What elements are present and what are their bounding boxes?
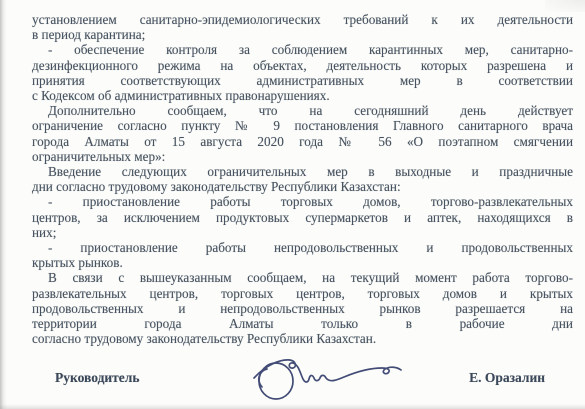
text-line: в период карантина; [32, 27, 573, 42]
scan-edge-bottom [0, 404, 585, 409]
document-footer: Руководитель Е. Оразалин [32, 370, 573, 386]
scanned-document-page: установлением санитарно-эпидемиологическ… [0, 0, 585, 409]
text-line: центров, за исключением продуктовых супе… [32, 210, 573, 225]
text-line: - приостановление работы непродовольстве… [32, 240, 573, 255]
scan-edge-left [0, 0, 7, 409]
paragraph: установлением санитарно-эпидемиологическ… [32, 12, 573, 42]
text-line: принятия соответствующих административны… [32, 73, 573, 88]
scan-edge-top-right [545, 0, 585, 12]
text-line: территории города Алматы только в рабочи… [32, 316, 573, 331]
text-line: - обеспечение контроля за соблюдением ка… [32, 42, 573, 57]
text-line: них; [32, 225, 573, 240]
text-line: - приостановление работы торговых домов,… [32, 194, 573, 209]
signer-name: Е. Оразалин [469, 370, 545, 386]
text-line: Введение следующих ограничительных мер в… [32, 164, 573, 179]
paragraph: Введение следующих ограничительных мер в… [32, 164, 573, 194]
text-line: развлекательных центров, торговых центро… [32, 286, 573, 301]
paragraph: В связи с вышеуказанным сообщаем, на тек… [32, 270, 573, 346]
text-line: дезинфекционного режима на объектах, дея… [32, 58, 573, 73]
text-line: Дополнительно сообщаем, что на сегодняшн… [32, 103, 573, 118]
text-line: согласно трудовому законодательству Респ… [32, 331, 573, 346]
text-line: продовольственных и непродовольственных … [32, 301, 573, 316]
paragraph: Дополнительно сообщаем, что на сегодняшн… [32, 103, 573, 164]
text-line: с Кодексом об административных правонару… [32, 88, 573, 103]
text-line: города Алматы от 15 августа 2020 года № … [32, 134, 573, 149]
paragraph: - приостановление работы непродовольстве… [32, 240, 573, 270]
text-line: В связи с вышеуказанным сообщаем, на тек… [32, 270, 573, 285]
paragraph: - приостановление работы торговых домов,… [32, 194, 573, 240]
text-line: крытых рынков. [32, 255, 573, 270]
text-line: ограничение согласно пункту № 9 постанов… [32, 118, 573, 133]
text-line: дни согласно трудовому законодательству … [32, 179, 573, 194]
text-line: ограничительных мер»: [32, 149, 573, 164]
document-body: установлением санитарно-эпидемиологическ… [32, 12, 573, 346]
paragraph: - обеспечение контроля за соблюдением ка… [32, 42, 573, 103]
text-line: установлением санитарно-эпидемиологическ… [32, 12, 573, 27]
signer-title: Руководитель [55, 370, 140, 386]
